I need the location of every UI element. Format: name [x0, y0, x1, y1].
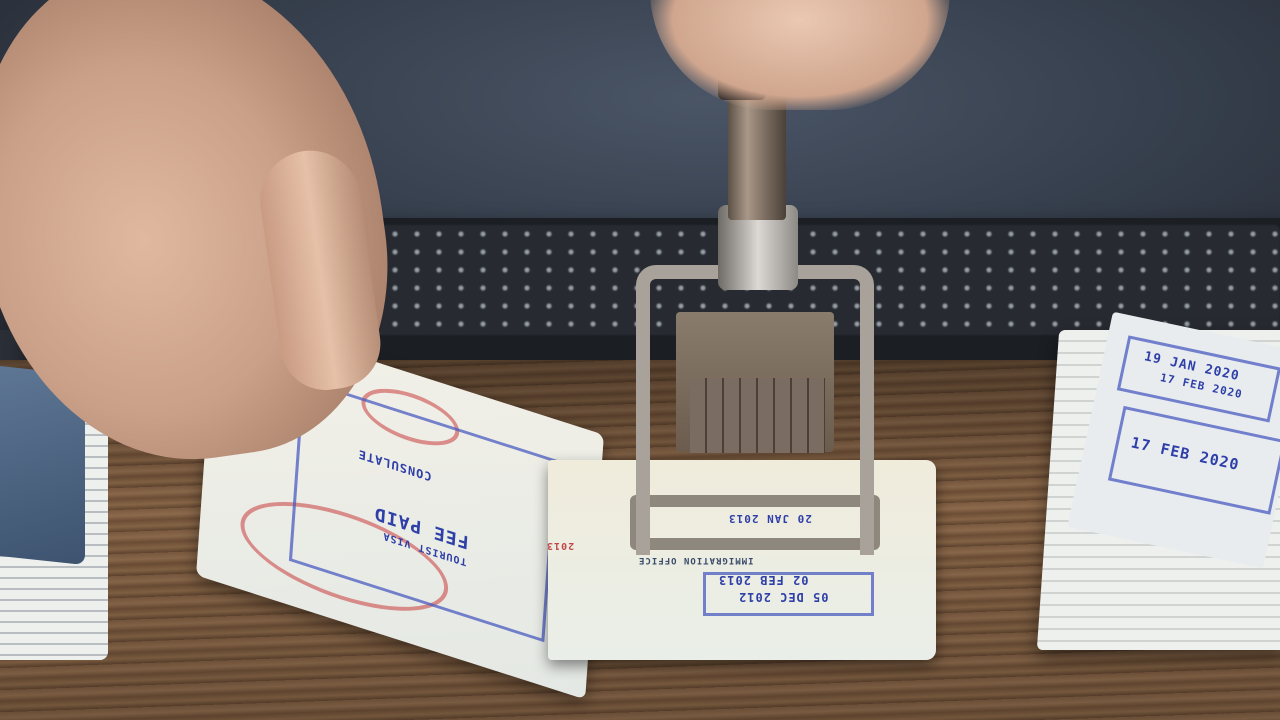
immigration-office-text: IMMIGRATION OFFICE — [638, 555, 754, 565]
visa-stamp-box — [289, 378, 557, 642]
exit-date: 05 DEC 2012 — [738, 590, 828, 604]
year-text: 2013 — [546, 540, 574, 551]
entry-date: 02 FEB 2013 — [718, 573, 808, 587]
photo-scene: 19 JAN 2020 17 FEB 2020 17 FEB 2020 CONS… — [0, 0, 1280, 720]
stamper-date-bands — [690, 378, 825, 453]
